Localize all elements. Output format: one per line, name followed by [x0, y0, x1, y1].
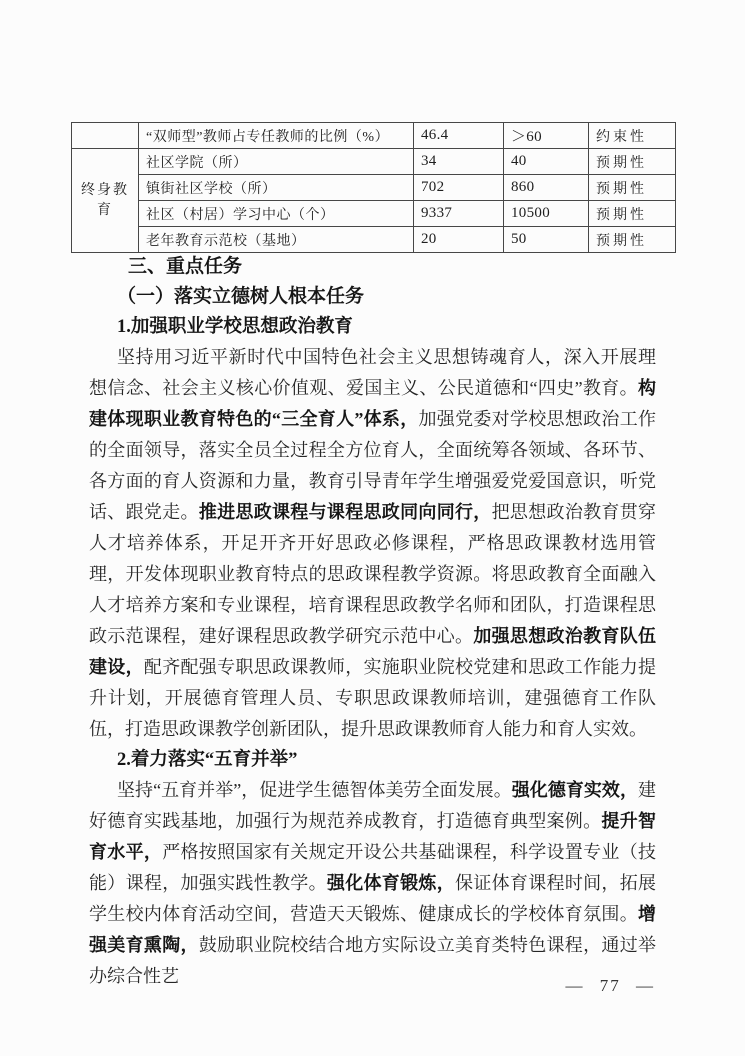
- category-cell: [72, 123, 139, 149]
- table-row: 社区（村居）学习中心（个） 9337 10500 预期性: [72, 201, 676, 227]
- text-column: 三、重点任务 （一）落实立德树人根本任务 1.加强职业学校思想政治教育 坚持用习…: [89, 252, 656, 992]
- section-heading: 三、重点任务: [89, 252, 656, 282]
- indicator-cell: 镇街社区学校（所）: [139, 175, 414, 201]
- target-value-cell: 50: [504, 227, 589, 253]
- attribute-cell: 约束性: [589, 123, 676, 149]
- document-page: “双师型”教师占专任教师的比例（%） 46.4 ＞60 约束性 终身教育 社区学…: [0, 0, 745, 1056]
- indicator-cell: 社区学院（所）: [139, 149, 414, 175]
- page-number: — 77 —: [566, 976, 656, 996]
- subsection-heading: （一）落实立德树人根本任务: [89, 282, 656, 312]
- table-row: 终身教育 社区学院（所） 34 40 预期性: [72, 149, 676, 175]
- current-value-cell: 20: [414, 227, 504, 253]
- text-run-bold: 强化德育实效，: [512, 780, 638, 800]
- indicator-cell: 社区（村居）学习中心（个）: [139, 201, 414, 227]
- item-heading-2: 2.着力落实“五育并举”: [89, 745, 656, 775]
- table-row: 老年教育示范校（基地） 20 50 预期性: [72, 227, 676, 253]
- table-row: 镇街社区学校（所） 702 860 预期性: [72, 175, 676, 201]
- attribute-cell: 预期性: [589, 149, 676, 175]
- category-cell-lifelong-education: 终身教育: [72, 149, 139, 253]
- text-run: 配齐配强专职思政课教师，实施职业院校党建和思政工作能力提升计划，开展德育管理人员…: [89, 657, 656, 739]
- attribute-cell: 预期性: [589, 175, 676, 201]
- current-value-cell: 9337: [414, 201, 504, 227]
- table-row: “双师型”教师占专任教师的比例（%） 46.4 ＞60 约束性: [72, 123, 676, 149]
- text-run: 坚持“五育并举”，促进学生德智体美劳全面发展。: [117, 780, 512, 800]
- text-run: 把思想政治教育贯穿人才培养体系，开足开齐开好思政必修课程，严格思政课教材选用管理…: [89, 502, 656, 646]
- text-run-bold: 推进思政课程与课程思政同向同行，: [199, 502, 492, 522]
- attribute-cell: 预期性: [589, 201, 676, 227]
- indicator-cell: “双师型”教师占专任教师的比例（%）: [139, 123, 414, 149]
- paragraph-1: 坚持用习近平新时代中国特色社会主义思想铸魂育人，深入开展理想信念、社会主义核心价…: [89, 342, 656, 745]
- current-value-cell: 702: [414, 175, 504, 201]
- indicator-table: “双师型”教师占专任教师的比例（%） 46.4 ＞60 约束性 终身教育 社区学…: [71, 122, 676, 253]
- target-value-cell: 40: [504, 149, 589, 175]
- current-value-cell: 34: [414, 149, 504, 175]
- item-heading-1: 1.加强职业学校思想政治教育: [89, 312, 656, 342]
- attribute-cell: 预期性: [589, 227, 676, 253]
- current-value-cell: 46.4: [414, 123, 504, 149]
- paragraph-2: 坚持“五育并举”，促进学生德智体美劳全面发展。强化德育实效，建好德育实践基地，加…: [89, 775, 656, 992]
- indicator-cell: 老年教育示范校（基地）: [139, 227, 414, 253]
- target-value-cell: ＞60: [504, 123, 589, 149]
- text-run-bold: 强化体育锻炼，: [327, 873, 455, 893]
- target-value-cell: 10500: [504, 201, 589, 227]
- text-run: 坚持用习近平新时代中国特色社会主义思想铸魂育人，深入开展理想信念、社会主义核心价…: [89, 347, 656, 398]
- target-value-cell: 860: [504, 175, 589, 201]
